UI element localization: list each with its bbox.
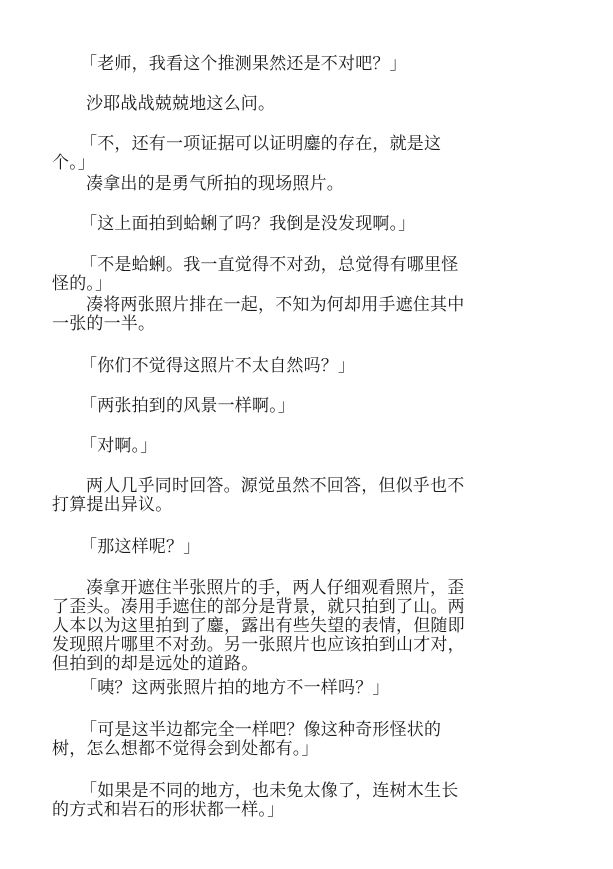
paragraph-dialogue: 「不，还有一项证据可以证明鏖的存在，就是这个。」 xyxy=(52,135,472,173)
paragraph-dialogue: 「不是蛤蜊。我一直觉得不对劲，总觉得有哪里怪怪的。」 xyxy=(52,256,472,294)
paragraph-dialogue: 「两张拍到的风景一样啊。」 xyxy=(52,397,472,416)
paragraph-narration: 凑将两张照片排在一起，不知为何却用手遮住其中一张的一半。 xyxy=(52,296,472,334)
paragraph-narration: 两人几乎同时回答。源觉虽然不回答，但似乎也不打算提出异议。 xyxy=(52,477,472,515)
paragraph-narration: 凑拿开遮住半张照片的手，两人仔细观看照片，歪了歪头。凑用手遮住的部分是背景，就只… xyxy=(52,579,472,674)
paragraph-dialogue: 「老师，我看这个推测果然还是不对吧？」 xyxy=(52,55,472,74)
paragraph-dialogue: 「这上面拍到蛤蜊了吗？我倒是没发现啊。」 xyxy=(52,215,472,234)
paragraph-narration: 凑拿出的是勇气所拍的现场照片。 xyxy=(52,175,472,194)
paragraph-dialogue: 「对啊。」 xyxy=(52,437,472,456)
paragraph-dialogue: 「如果是不同的地方，也未免太像了，连树木生长的方式和岩石的形状都一样。」 xyxy=(52,782,472,820)
paragraph-dialogue: 「咦？这两张照片拍的地方不一样吗？」 xyxy=(52,679,472,698)
paragraph-dialogue: 「那这样呢？」 xyxy=(52,538,472,557)
paragraph-narration: 沙耶战战兢兢地这么问。 xyxy=(52,95,472,114)
paragraph-dialogue: 「你们不觉得这照片不太自然吗？」 xyxy=(52,357,472,376)
paragraph-dialogue: 「可是这半边都完全一样吧？像这种奇形怪状的树，怎么想都不觉得会到处都有。」 xyxy=(52,721,472,759)
